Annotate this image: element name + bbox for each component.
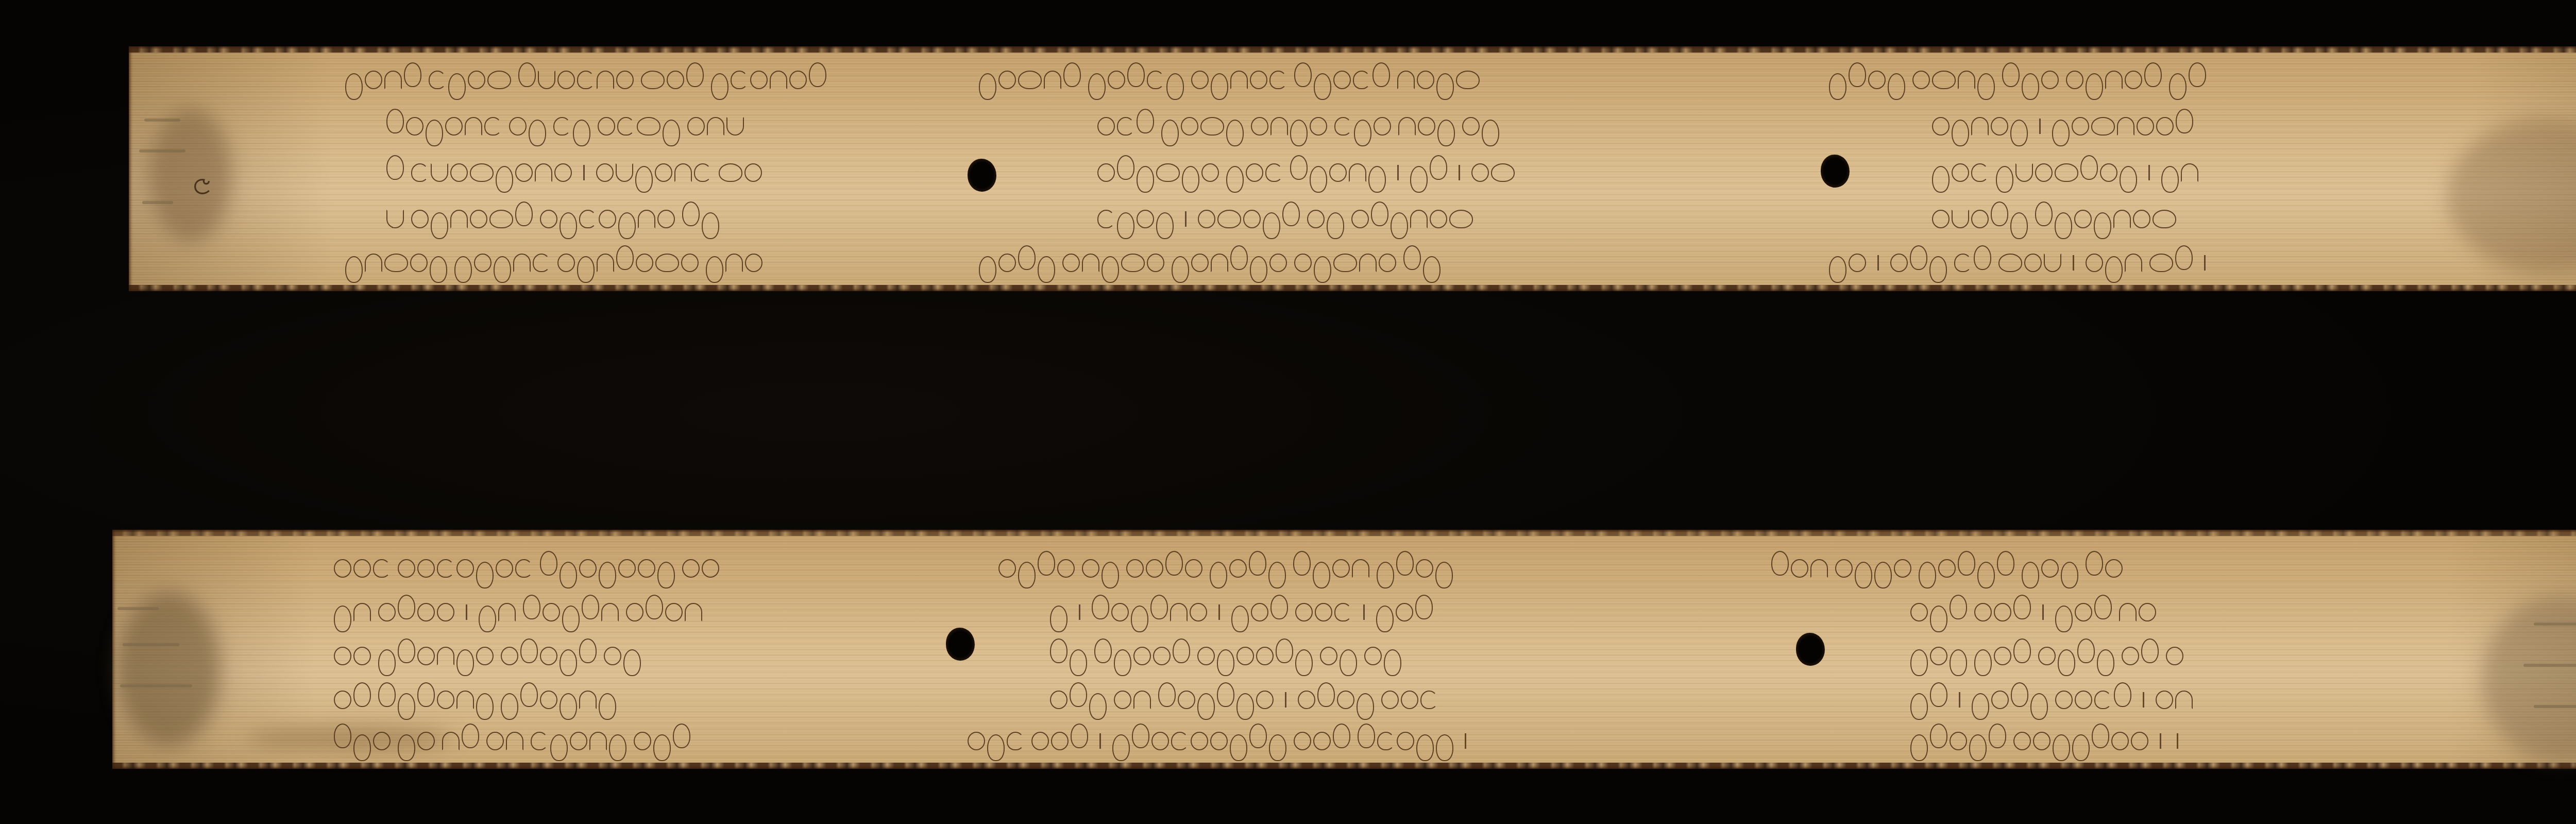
palm-leaf-top: ဎ [Burmese script line 1] [Burmese scrip… [129, 46, 2576, 291]
script-line: [Burmese script line 5] [979, 245, 1829, 281]
text-column-left: [Burmese script line 1] [Burmese script … [345, 46, 994, 291]
flaked-surface [2534, 623, 2576, 626]
script-line: [Burmese script line 3] [386, 155, 994, 191]
script-line: [Burmese script line 1] [1771, 550, 2441, 586]
palm-leaf-bottom: [Burmese script line 1] [Burmese script … [112, 530, 2576, 769]
flaked-surface [142, 201, 173, 204]
script-line: [Burmese script line 5 — ends with secti… [1829, 245, 2483, 281]
script-line: [Burmese script line 1] [998, 550, 1802, 586]
script-line: [Burmese script line 5] [968, 723, 1802, 759]
water-stain [149, 108, 232, 242]
script-line: [Burmese script line 4] [1932, 201, 2483, 237]
text-column-middle: [Burmese script line 1] [Burmese script … [998, 530, 1802, 769]
script-line: [Burmese script line 4] [334, 682, 962, 718]
script-line: [Burmese script line 2] [1910, 594, 2441, 630]
flaked-surface [2523, 664, 2576, 667]
script-line: [Burmese script line 2] [1932, 108, 2483, 144]
text-column-right: [Burmese script line 1] [Burmese script … [1864, 530, 2441, 769]
script-line: [Burmese script line 4] [1910, 682, 2441, 718]
script-line: [Burmese script line 1] [979, 62, 1829, 98]
script-line: [Burmese script line 3] [1932, 155, 2483, 191]
text-column-middle: [Burmese script line 1] [Burmese script … [1056, 46, 1829, 291]
script-line: [Burmese script line 1] [334, 550, 962, 586]
script-line: [Burmese script line 2] [1097, 108, 1829, 144]
script-line: [Burmese script line 3] [1050, 638, 1802, 674]
script-line: [Burmese script line 2] [386, 108, 994, 144]
script-line: [Burmese script line 4] [1050, 682, 1802, 718]
text-column-left: [Burmese script line 1] [Burmese script … [334, 530, 962, 769]
flaked-surface [117, 607, 159, 610]
script-line: [Burmese script line 3] [334, 638, 962, 674]
water-stain [2482, 597, 2576, 762]
flaked-surface [120, 684, 192, 687]
text-column-right: [Burmese script line 1] [Burmese script … [1891, 46, 2483, 291]
flaked-surface [144, 119, 180, 122]
folio-number: ဎ [178, 177, 227, 196]
script-line: [Burmese script line 5 — ends with secti… [1910, 723, 2441, 759]
flaked-surface [2534, 705, 2576, 708]
script-line: [Burmese script line 2] [334, 594, 962, 630]
script-line: [Burmese script line 4] [1097, 201, 1829, 237]
flaked-surface [139, 149, 185, 153]
script-line: [Burmese script line 3] [1097, 155, 1829, 191]
script-line: [Burmese script line 5] [345, 245, 994, 281]
script-line: [Burmese script line 2] [1050, 594, 1802, 630]
script-line: [Burmese script line 3] [1910, 638, 2441, 674]
water-stain [117, 592, 221, 746]
script-line: [Burmese script line 4] [386, 201, 994, 237]
script-line: [Burmese script line 5] [334, 723, 962, 759]
script-line: [Burmese script line 1] [1829, 62, 2483, 98]
flaked-surface [123, 643, 179, 646]
script-line: [Burmese script line 1] [345, 62, 994, 98]
